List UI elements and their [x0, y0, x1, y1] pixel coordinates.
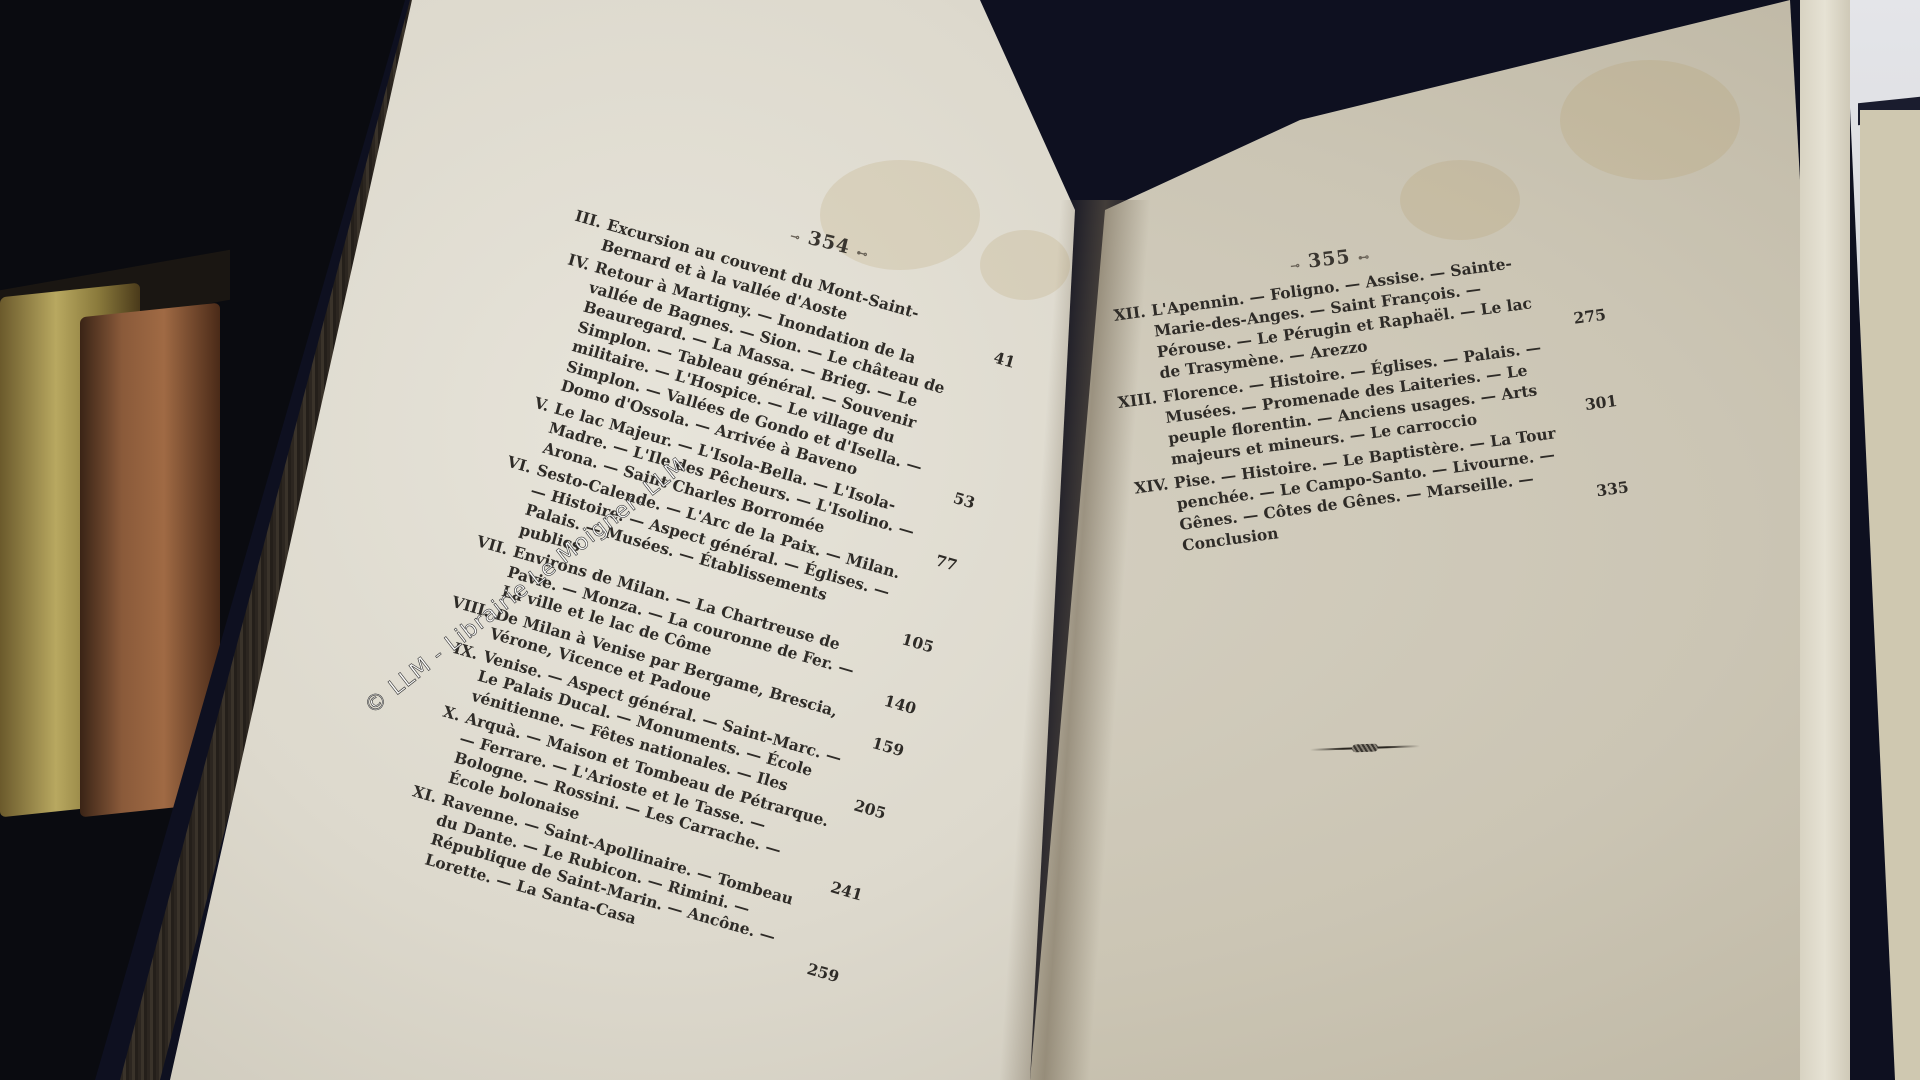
table-of-contents-right: XII.L'Apennin. — Foligno. — Assise. — Sa… — [1150, 248, 1581, 559]
folio-ornament-icon: ⊸ — [1290, 259, 1302, 273]
chapter-page: 301 — [1584, 390, 1619, 415]
foxing-stain — [1560, 60, 1740, 180]
chapter-page: 275 — [1572, 304, 1607, 329]
chapter-page: 335 — [1595, 476, 1630, 501]
foxing-stain — [980, 230, 1070, 300]
ornament-knot — [1352, 744, 1378, 753]
foxing-stain — [1400, 160, 1520, 240]
folio-ornament-icon: ⊷ — [1357, 250, 1370, 264]
back-board-edge — [1800, 0, 1850, 1080]
folio-ornament-icon: ⊸ — [789, 229, 802, 244]
